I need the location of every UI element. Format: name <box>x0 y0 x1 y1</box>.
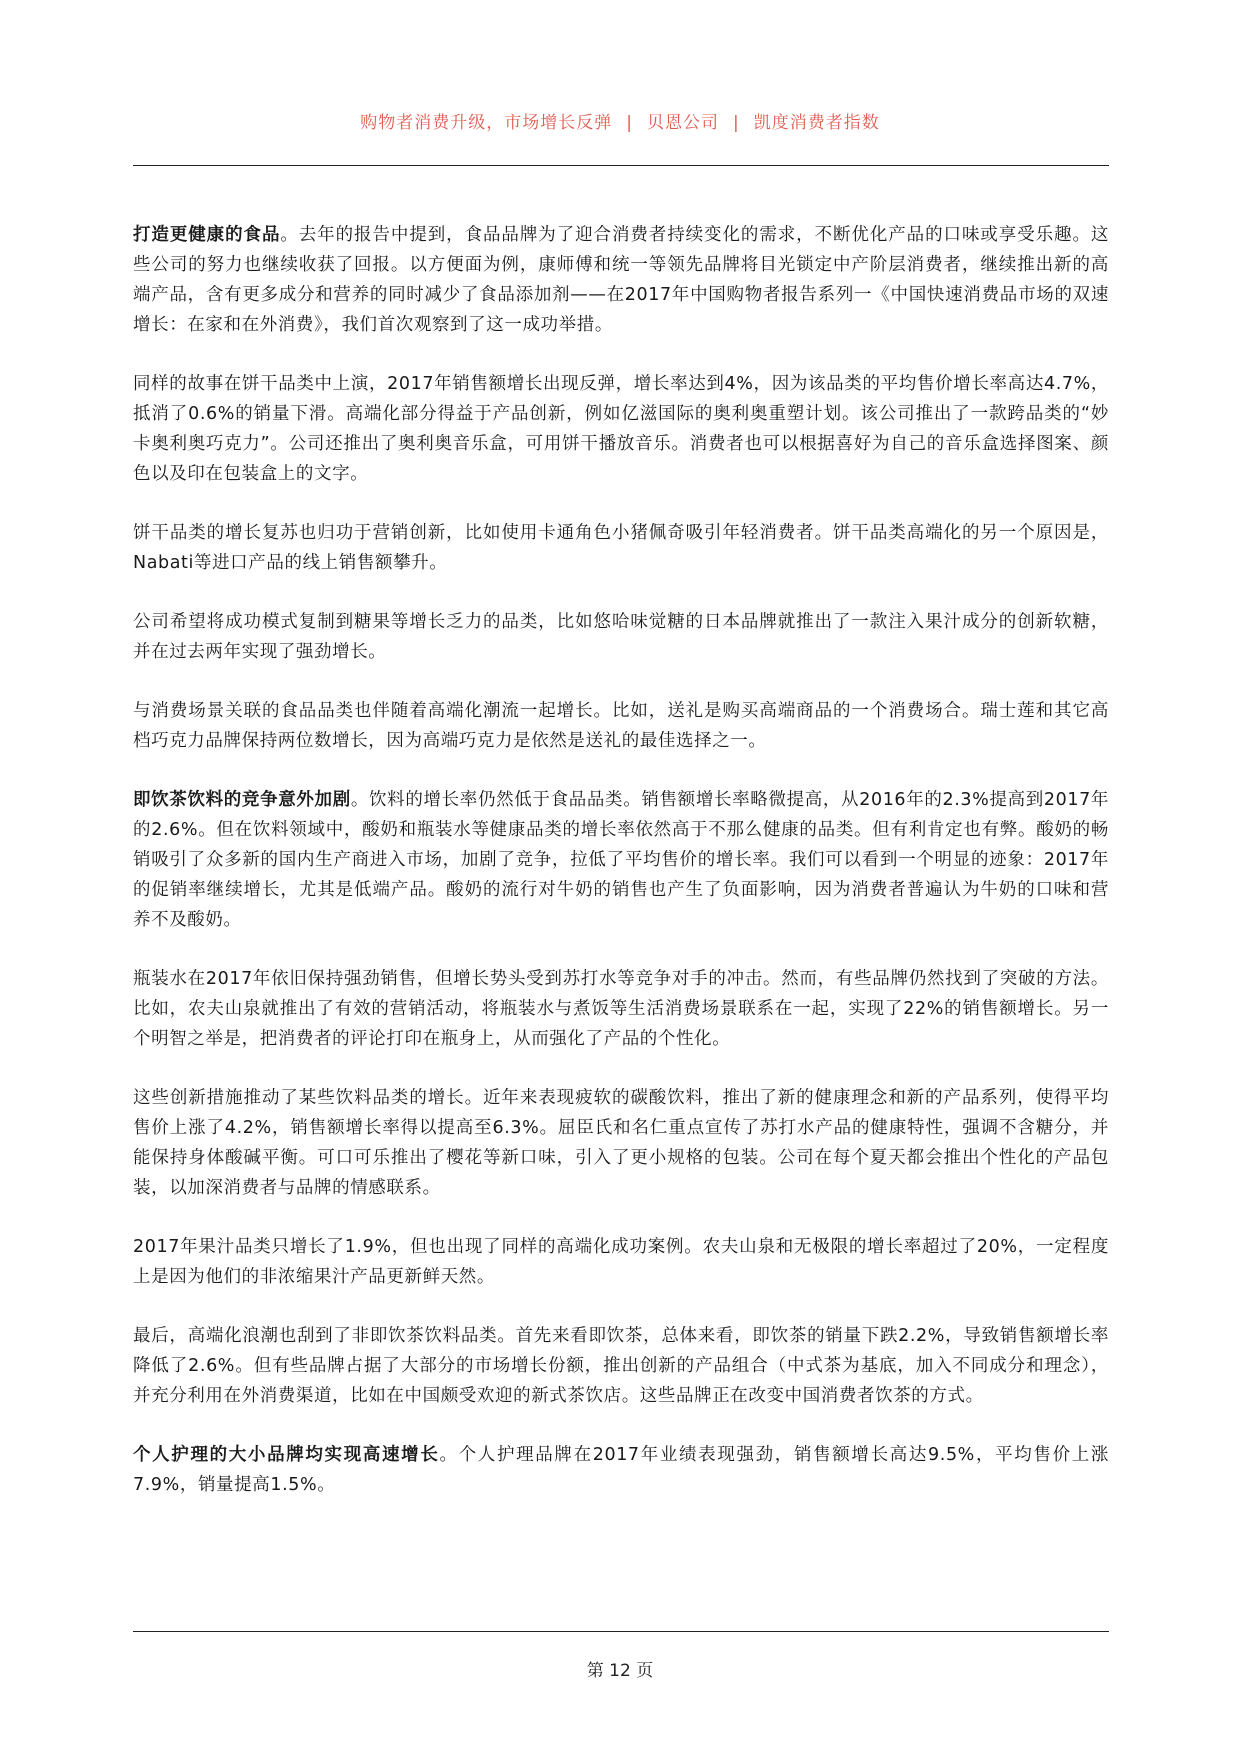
paragraph-text: 这些创新措施推动了某些饮料品类的增长。近年来表现疲软的碳酸饮料，推出了新的健康理… <box>133 1088 1109 1198</box>
paragraph-text: 。饮料的增长率仍然低于食品品类。销售额增长率略微提高，从2016年的2.3%提高… <box>133 790 1109 930</box>
paragraph: 2017年果汁品类只增长了1.9%，但也出现了同样的高端化成功案例。农夫山泉和无… <box>133 1232 1109 1292</box>
paragraph-lead: 即饮茶饮料的竞争意外加剧 <box>133 790 351 810</box>
paragraph-text: 瓶装水在2017年依旧保持强劲销售，但增长势头受到苏打水等竞争对手的冲击。然而，… <box>133 969 1109 1049</box>
header-partner: 凯度消费者指数 <box>754 113 880 133</box>
footer-divider <box>133 1631 1109 1632</box>
paragraph: 打造更健康的食品。去年的报告中提到，食品品牌为了迎合消费者持续变化的需求，不断优… <box>133 220 1109 340</box>
paragraph: 与消费场景关联的食品品类也伴随着高端化潮流一起增长。比如，送礼是购买高端商品的一… <box>133 696 1109 756</box>
paragraph-text: 2017年果汁品类只增长了1.9%，但也出现了同样的高端化成功案例。农夫山泉和无… <box>133 1237 1109 1287</box>
header-title: 购物者消费升级，市场增长反弹 <box>360 113 612 133</box>
running-header: 购物者消费升级，市场增长反弹|贝恩公司|凯度消费者指数 <box>0 108 1240 133</box>
paragraph: 个人护理的大小品牌均实现高速增长。个人护理品牌在2017年业绩表现强劲，销售额增… <box>133 1440 1109 1500</box>
header-separator: | <box>626 113 633 133</box>
paragraph-lead: 个人护理的大小品牌均实现高速增长 <box>133 1445 439 1465</box>
paragraph: 同样的故事在饼干品类中上演，2017年销售额增长出现反弹，增长率达到4%，因为该… <box>133 369 1109 489</box>
paragraph-text: 与消费场景关联的食品品类也伴随着高端化潮流一起增长。比如，送礼是购买高端商品的一… <box>133 701 1109 751</box>
paragraph: 饼干品类的增长复苏也归功于营销创新，比如使用卡通角色小猪佩奇吸引年轻消费者。饼干… <box>133 518 1109 578</box>
paragraph-text: 公司希望将成功模式复制到糖果等增长乏力的品类，比如悠哈味觉糖的日本品牌就推出了一… <box>133 612 1109 662</box>
paragraph-text: 。去年的报告中提到，食品品牌为了迎合消费者持续变化的需求，不断优化产品的口味或享… <box>133 225 1109 335</box>
header-separator: | <box>733 113 740 133</box>
paragraph: 公司希望将成功模式复制到糖果等增长乏力的品类，比如悠哈味觉糖的日本品牌就推出了一… <box>133 607 1109 667</box>
header-company: 贝恩公司 <box>647 113 719 133</box>
paragraph: 这些创新措施推动了某些饮料品类的增长。近年来表现疲软的碳酸饮料，推出了新的健康理… <box>133 1083 1109 1203</box>
paragraph-text: 最后，高端化浪潮也刮到了非即饮茶饮料品类。首先来看即饮茶，总体来看，即饮茶的销量… <box>133 1326 1109 1406</box>
paragraph-text: 饼干品类的增长复苏也归功于营销创新，比如使用卡通角色小猪佩奇吸引年轻消费者。饼干… <box>133 523 1109 573</box>
paragraph: 即饮茶饮料的竞争意外加剧。饮料的增长率仍然低于食品品类。销售额增长率略微提高，从… <box>133 785 1109 935</box>
page-number: 第 12 页 <box>0 1656 1240 1681</box>
body-content: 打造更健康的食品。去年的报告中提到，食品品牌为了迎合消费者持续变化的需求，不断优… <box>133 220 1109 1529</box>
header-divider <box>133 165 1109 166</box>
paragraph-text: 同样的故事在饼干品类中上演，2017年销售额增长出现反弹，增长率达到4%，因为该… <box>133 374 1109 484</box>
paragraph: 瓶装水在2017年依旧保持强劲销售，但增长势头受到苏打水等竞争对手的冲击。然而，… <box>133 964 1109 1054</box>
paragraph-lead: 打造更健康的食品 <box>133 225 280 245</box>
paragraph: 最后，高端化浪潮也刮到了非即饮茶饮料品类。首先来看即饮茶，总体来看，即饮茶的销量… <box>133 1321 1109 1411</box>
